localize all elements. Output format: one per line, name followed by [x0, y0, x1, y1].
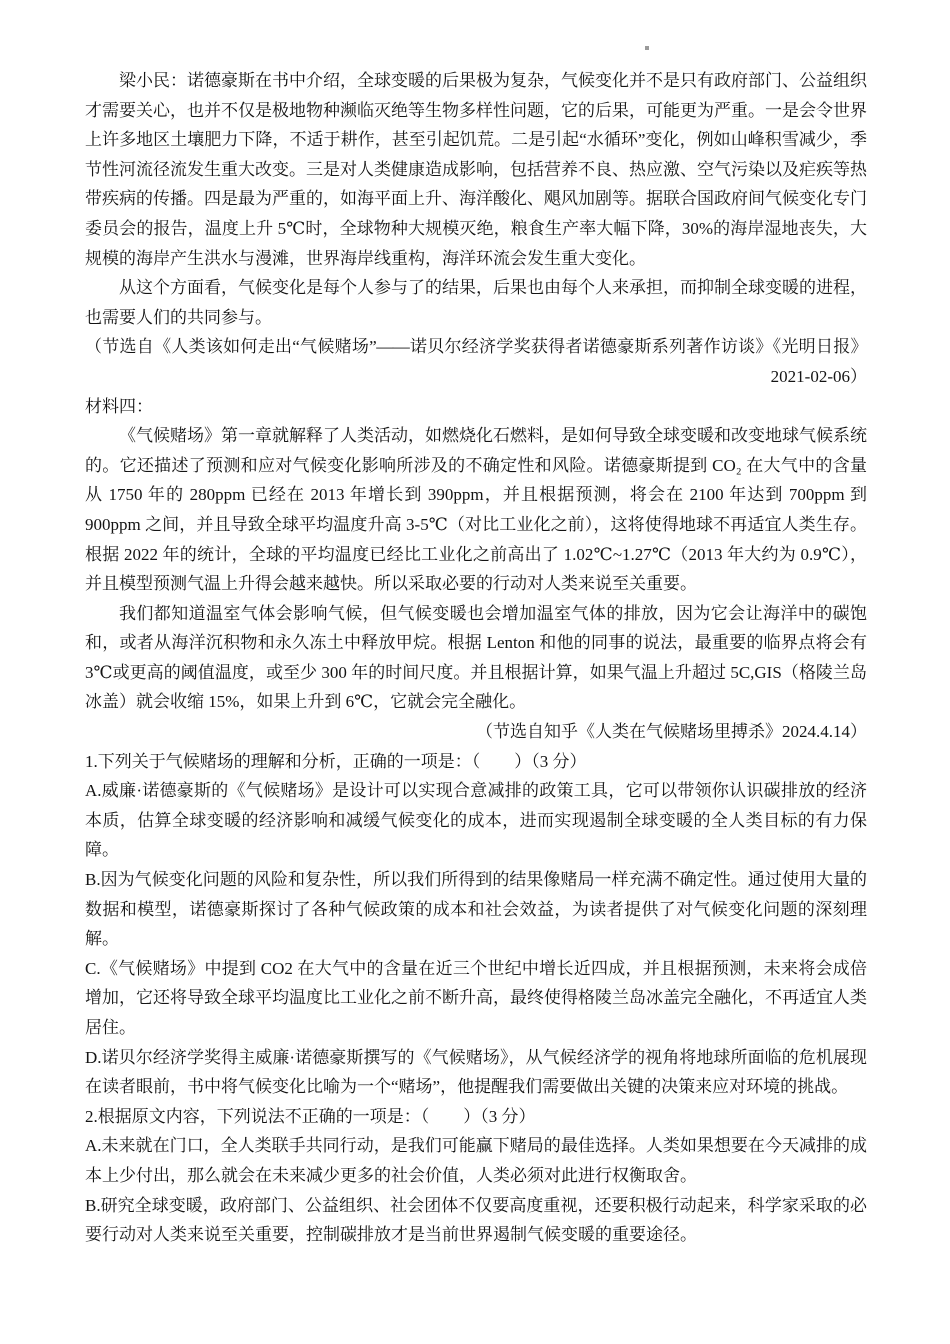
- source-date: 2021-02-06）: [85, 362, 867, 392]
- scan-speck-artifact: [645, 46, 649, 50]
- material-four-paragraph-1: 《气候赌场》第一章就解释了人类活动，如燃烧化石燃料，是如何导致全球变暖和改变地球…: [85, 421, 867, 599]
- question-2-option-b: B.研究全球变暖，政府部门、公益组织、社会团体不仅要高度重视，还要积极行动起来，…: [85, 1191, 867, 1250]
- question-2-option-a: A.未来就在门口，全人类联手共同行动，是我们可能赢下赌局的最佳选择。人类如果想要…: [85, 1131, 867, 1190]
- interview-answer-paragraph: 梁小民：诺德豪斯在书中介绍，全球变暖的后果极为复杂，气候变化并不是只有政府部门、…: [85, 66, 867, 273]
- question-1-option-a: A.威廉·诺德豪斯的《气候赌场》是设计可以实现合意减排的政策工具，它可以带领你认…: [85, 776, 867, 865]
- interview-closing-paragraph: 从这个方面看，气候变化是每个人参与了的结果，后果也由每个人来承担，而抑制全球变暖…: [85, 273, 867, 332]
- question-1-option-c: C.《气候赌场》中提到 CO2 在大气中的含量在近三个世纪中增长近四成，并且根据…: [85, 954, 867, 1043]
- question-1-stem: 1.下列关于气候赌场的理解和分析，正确的一项是：（ ）（3 分）: [85, 747, 867, 777]
- exam-text-content: 梁小民：诺德豪斯在书中介绍，全球变暖的后果极为复杂，气候变化并不是只有政府部门、…: [85, 66, 867, 1250]
- question-1-option-b: B.因为气候变化问题的风险和复杂性，所以我们所得到的结果像赌局一样充满不确定性。…: [85, 865, 867, 954]
- question-1-option-d: D.诺贝尔经济学奖得主威廉·诺德豪斯撰写的《气候赌场》，从气候经济学的视角将地球…: [85, 1043, 867, 1102]
- question-2-stem: 2.根据原文内容，下列说法不正确的一项是：（ ）（3 分）: [85, 1102, 867, 1132]
- material-four-paragraph-2: 我们都知道温室气体会影响气候，但气候变暖也会增加温室气体的排放，因为它会让海洋中…: [85, 599, 867, 717]
- document-page: 梁小民：诺德豪斯在书中介绍，全球变暖的后果极为复杂，气候变化并不是只有政府部门、…: [0, 0, 950, 1344]
- source-citation-zhihu: （节选自知乎《人类在气候赌场里搏杀》2024.4.14）: [85, 717, 867, 747]
- source-citation-guangming: （节选自《人类该如何走出“气候赌场”——诺贝尔经济学奖获得者诺德豪斯系列著作访谈…: [85, 332, 867, 362]
- material-four-label: 材料四：: [85, 392, 867, 422]
